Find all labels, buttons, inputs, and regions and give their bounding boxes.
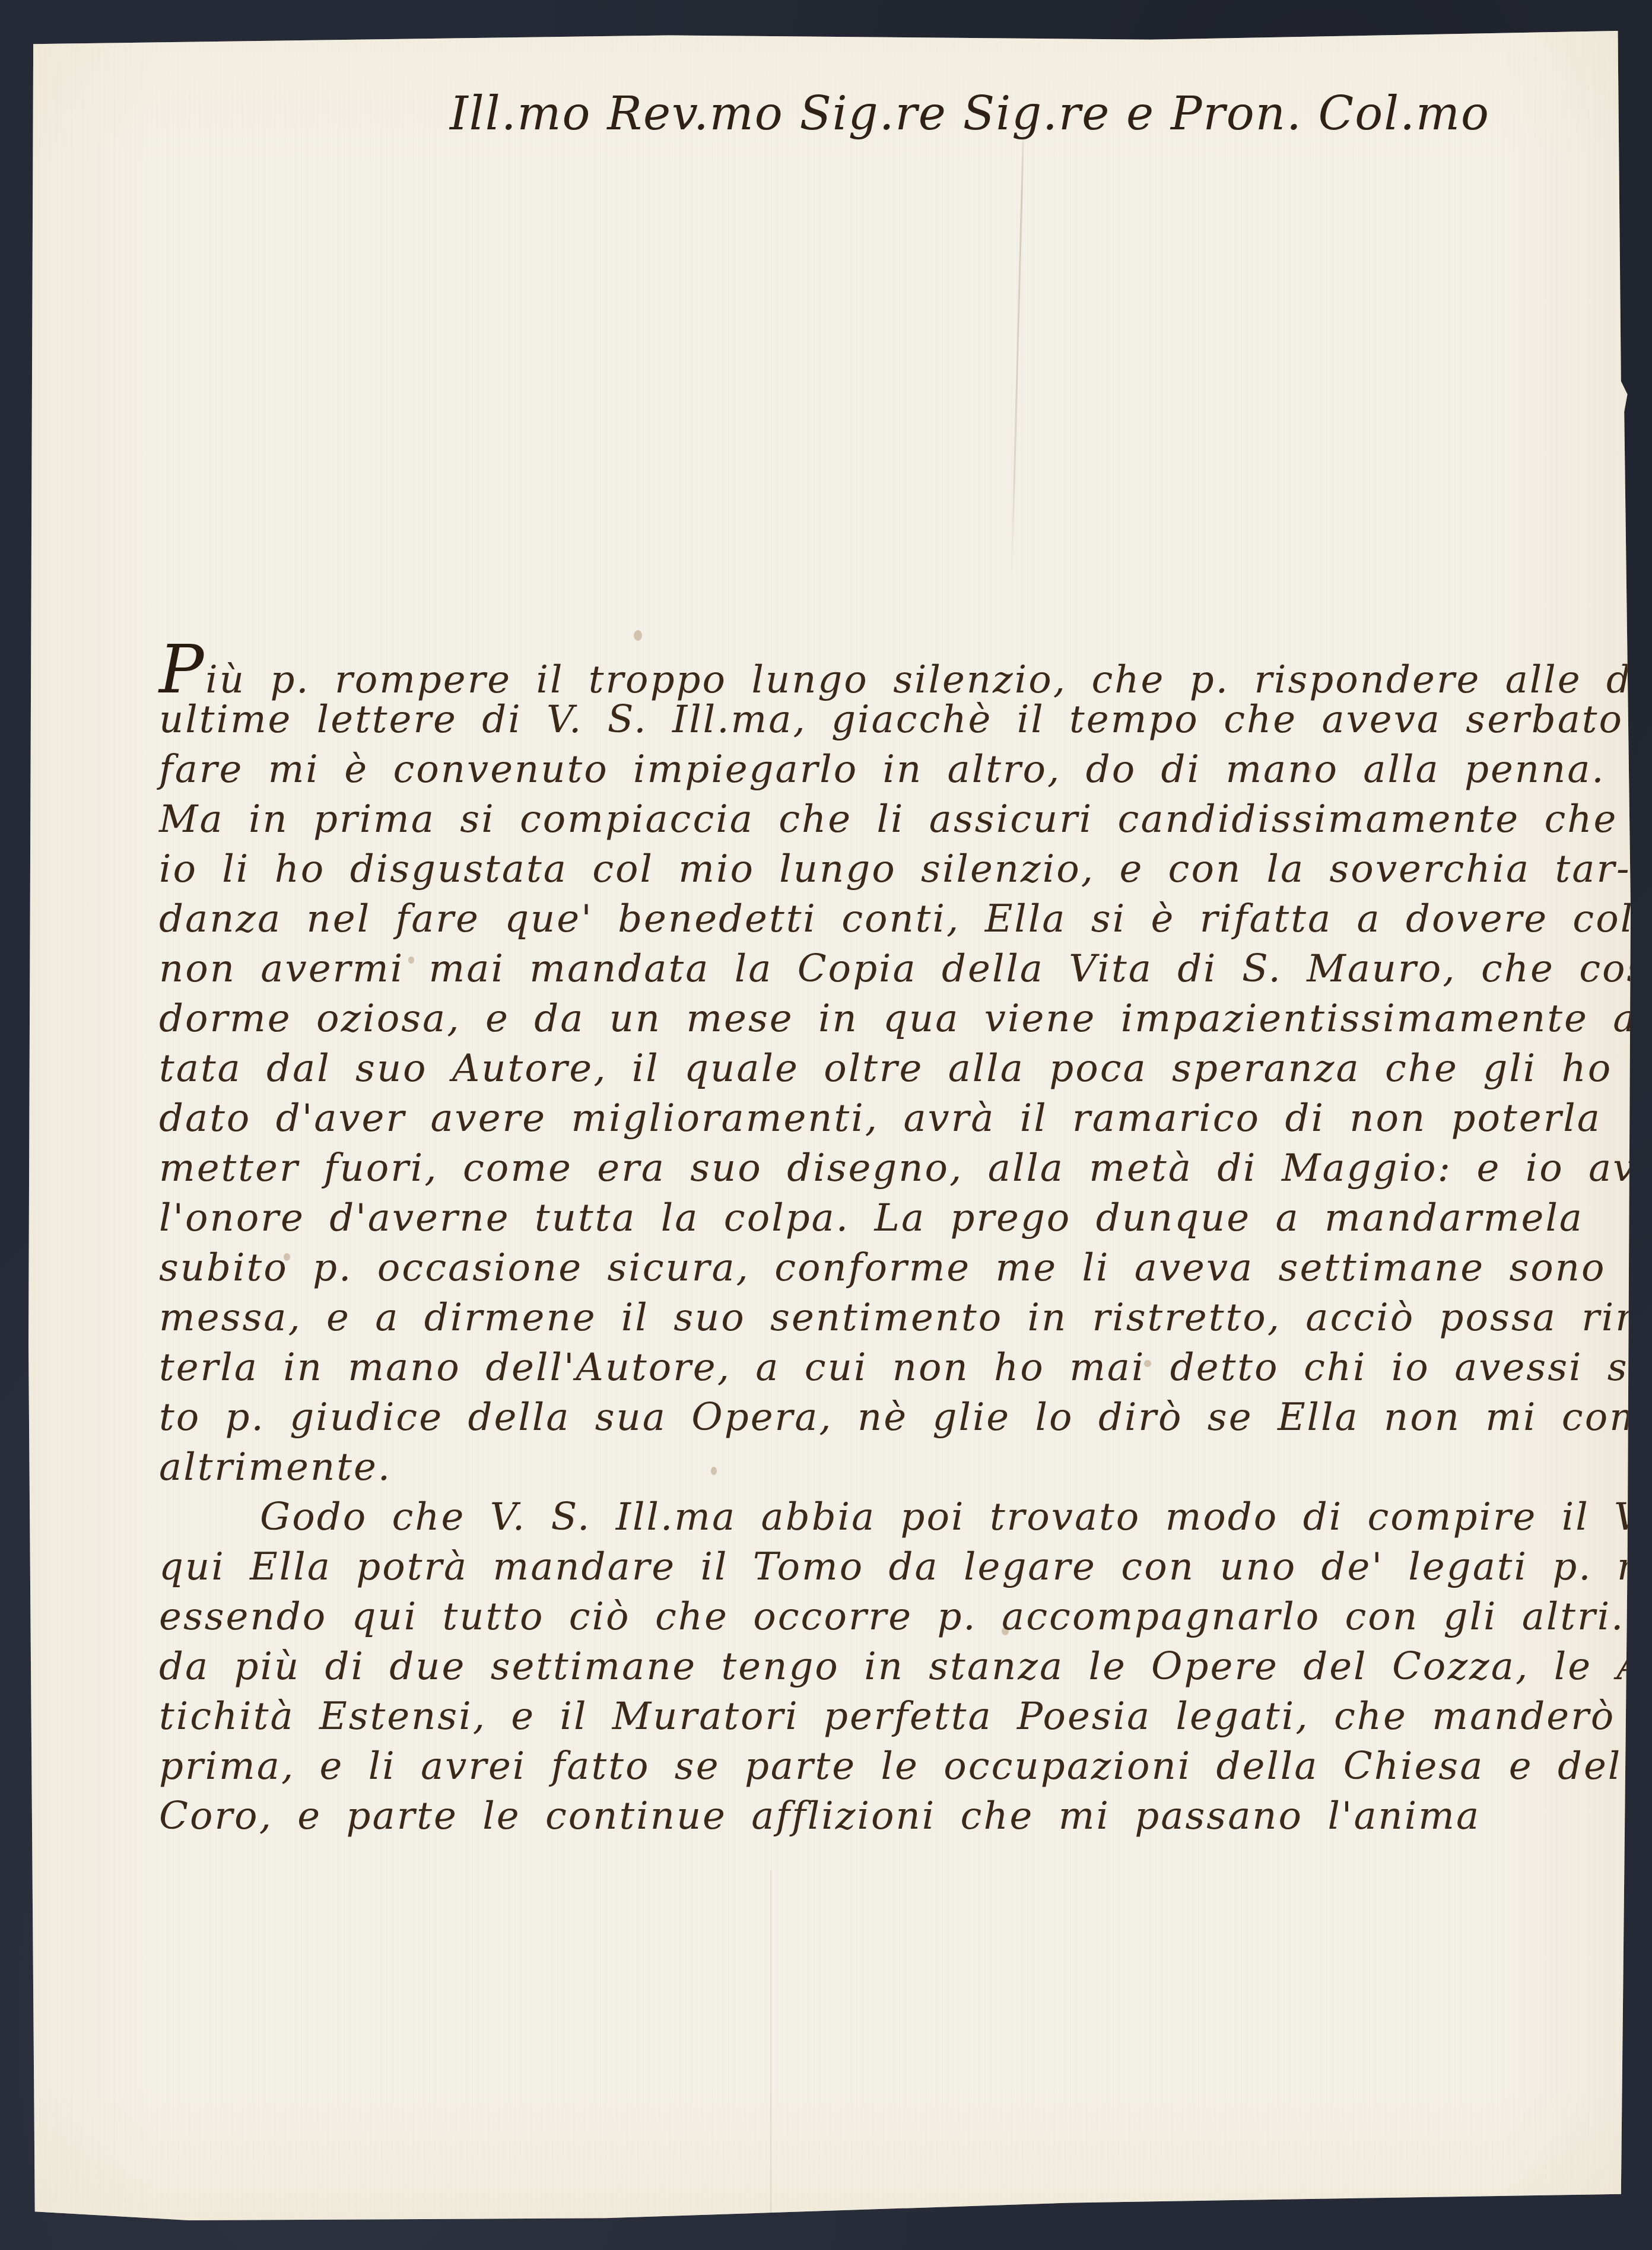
text-line: dorme oziosa, e da un mese in qua viene … — [159, 994, 1631, 1044]
text-line: tata dal suo Autore, il quale oltre alla… — [159, 1044, 1631, 1094]
text-line-paragraph-start: Godo che V. S. Ill.ma abbia poi trovato … — [159, 1492, 1631, 1542]
text-line: non avermi mai mandata la Copia della Vi… — [159, 944, 1631, 994]
text-line: danza nel fare que' benedetti conti, Ell… — [159, 894, 1631, 944]
letter-body: Più p. rompere il troppo lungo silenzio,… — [159, 645, 1631, 1841]
text-line: da più di due settimane tengo in stanza … — [159, 1642, 1631, 1692]
text-line: l'onore d'averne tutta la colpa. La preg… — [159, 1193, 1631, 1243]
text-line: Ma in prima si compiaccia che li assicur… — [159, 795, 1631, 844]
text-line: terla in mano dell'Autore, a cui non ho … — [159, 1343, 1631, 1393]
text-line: fare mi è convenuto impiegarlo in altro,… — [159, 745, 1631, 795]
text-line: io li ho disgustata col mio lungo silenz… — [159, 844, 1631, 894]
paper-crease — [1011, 102, 1025, 577]
ink-stain — [634, 630, 642, 641]
text-line: dato d'aver avere miglioramenti, avrà il… — [159, 1094, 1631, 1143]
text-line: subito p. occasione sicura, conforme me … — [159, 1243, 1631, 1293]
text-line: tichità Estensi, e il Muratori perfetta … — [159, 1692, 1631, 1741]
text-line: Più p. rompere il troppo lungo silenzio,… — [159, 645, 1631, 695]
text-line: metter fuori, come era suo disegno, alla… — [159, 1143, 1631, 1193]
letter-sheet: Ill.mo Rev.mo Sig.re Sig.re e Pron. Col.… — [28, 31, 1631, 2220]
text-line: altrimente. — [159, 1442, 1631, 1492]
text-line: prima, e li avrei fatto se parte le occu… — [159, 1741, 1631, 1791]
letter-salutation: Ill.mo Rev.mo Sig.re Sig.re e Pron. Col.… — [450, 87, 1490, 141]
text-line: essendo qui tutto ciò che occorre p. acc… — [159, 1592, 1631, 1642]
text-line: messa, e a dirmene il suo sentimento in … — [159, 1293, 1631, 1343]
text-line: ultime lettere di V. S. Ill.ma, giacchè … — [159, 695, 1631, 745]
text-line: Coro, e parte le continue afflizioni che… — [159, 1791, 1631, 1841]
text-line: to p. giudice della sua Opera, nè glie l… — [159, 1393, 1631, 1442]
paper-fold — [770, 1870, 771, 2220]
text-line: qui Ella potrà mandare il Tomo da legare… — [159, 1542, 1631, 1592]
